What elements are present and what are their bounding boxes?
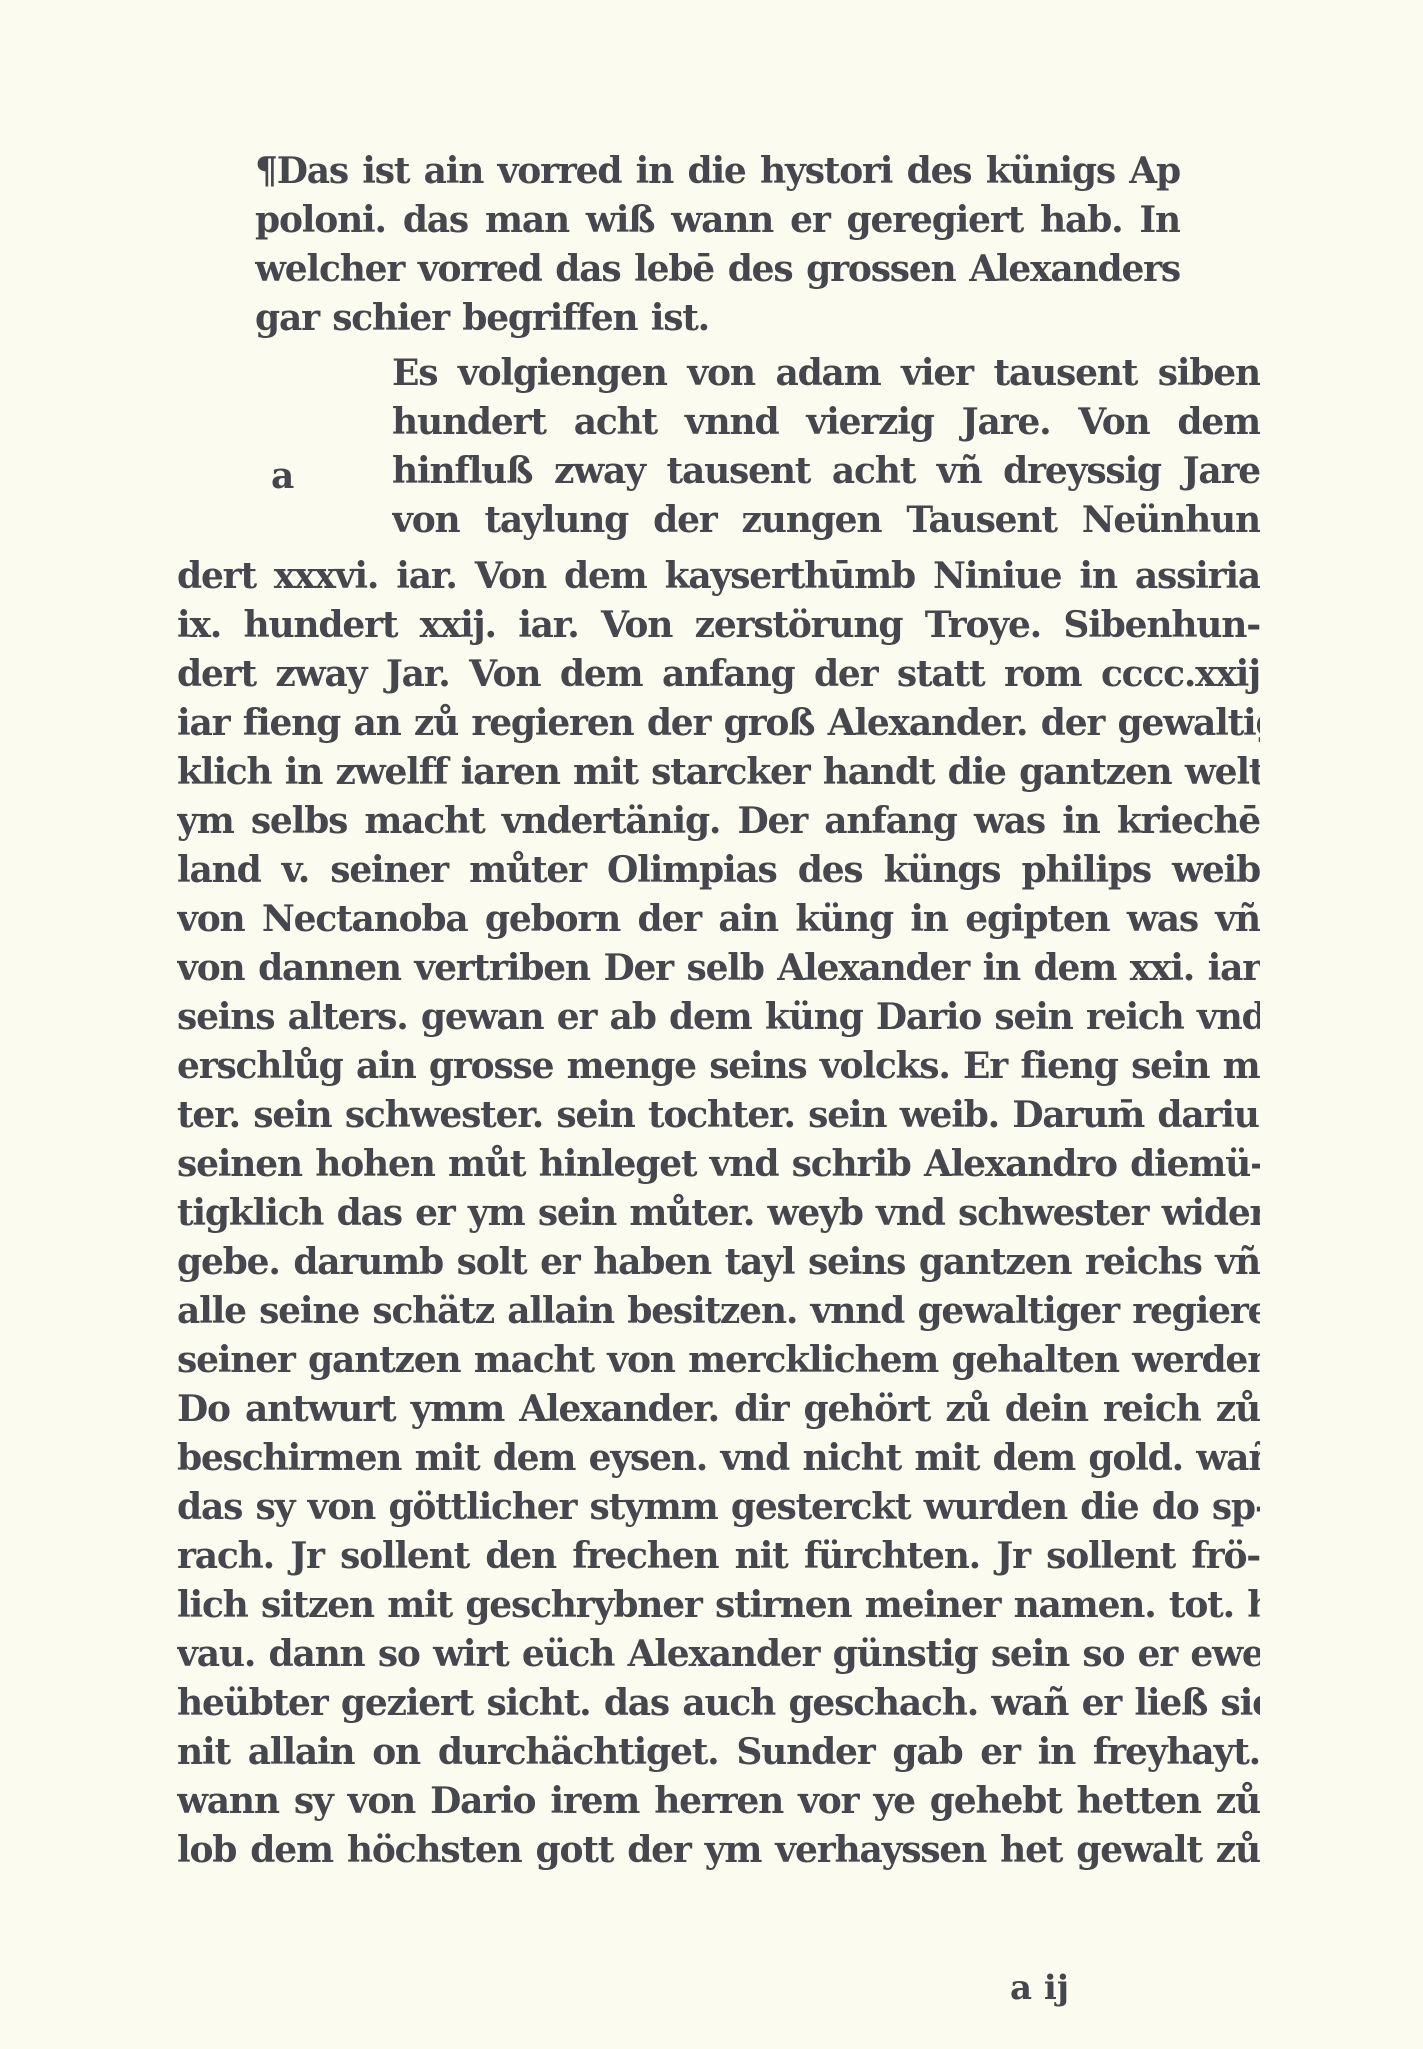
heading-line: poloni. das man wiß wann er geregiert ha… <box>255 197 1180 243</box>
body-line: Es volgiengen von adam vier tausent sibe… <box>392 350 1260 396</box>
body-line: hundert acht vnnd vierzig Jare. Von dem <box>392 399 1260 445</box>
body-line: heübter geziert sicht. das auch geschach… <box>177 1680 1260 1726</box>
document-page: ¶Das ist ain vorred in die hystori des k… <box>0 0 1423 2049</box>
body-line: seinen hohen můt hinleget vnd schrib Ale… <box>177 1141 1260 1187</box>
body-line: gebe. darumb solt er haben tayl seins ga… <box>177 1239 1260 1285</box>
body-line: seins alters. gewan er ab dem küng Dario… <box>177 994 1260 1040</box>
body-line: wann sy von Dario irem herren vor ye geh… <box>177 1778 1260 1824</box>
heading-line: ¶Das ist ain vorred in die hystori des k… <box>255 148 1180 194</box>
body-line: alle seine schätz allain besitzen. vnnd … <box>177 1288 1260 1334</box>
heading-line: welcher vorred das lebē des grossen Alex… <box>255 246 1180 292</box>
body-line: tigklich das er ym sein můter. weyb vnd … <box>177 1190 1260 1236</box>
margin-note: a <box>271 455 294 497</box>
body-line: von taylung der zungen Tausent Neünhun <box>392 497 1260 543</box>
body-line: das sy von göttlicher stymm gesterckt wu… <box>177 1484 1260 1530</box>
body-line: lich sitzen mit geschrybner stirnen mein… <box>177 1582 1260 1628</box>
body-line: Do antwurt ymm Alexander. dir gehört zů … <box>177 1386 1260 1432</box>
body-line: ter. sein schwester. sein tochter. sein … <box>177 1092 1260 1138</box>
body-line: ym selbs macht vndertänig. Der anfang wa… <box>177 798 1260 844</box>
page-signature: a ij <box>1010 1968 1069 2008</box>
body-line: von dannen vertriben Der selb Alexander … <box>177 945 1260 991</box>
heading-line: gar schier begriffen ist. <box>255 295 709 341</box>
body-line: iar fieng an zů regieren der groß Alexan… <box>177 700 1260 746</box>
body-line: dert xxxvi. iar. Von dem kayserthūmb Nin… <box>177 553 1260 599</box>
body-line: erschlůg ain grosse menge seins volcks. … <box>177 1043 1260 1089</box>
body-line: land v. seiner můter Olimpias des küngs … <box>177 847 1260 893</box>
body-line: lob dem höchsten gott der ym verhayssen … <box>177 1827 1260 1873</box>
body-line: vau. dann so wirt eüch Alexander günstig… <box>177 1631 1260 1677</box>
body-line: nit allain on durchächtiget. Sunder gab … <box>177 1729 1260 1775</box>
body-line: rach. Jr sollent den frechen nit fürchte… <box>177 1533 1260 1579</box>
body-line: dert zway Jar. Von dem anfang der statt … <box>177 651 1260 697</box>
body-line: klich in zwelff iaren mit starcker handt… <box>177 749 1260 795</box>
body-line: hinfluß zway tausent acht vñ dreyssig Ja… <box>392 448 1260 494</box>
body-line: seiner gantzen macht von mercklichem geh… <box>177 1337 1260 1383</box>
body-line: beschirmen mit dem eysen. vnd nicht mit … <box>177 1435 1260 1481</box>
body-line: ix. hundert xxij. iar. Von zerstörung Tr… <box>177 602 1260 648</box>
body-line: von Nectanoba geborn der ain küng in egi… <box>177 896 1260 942</box>
